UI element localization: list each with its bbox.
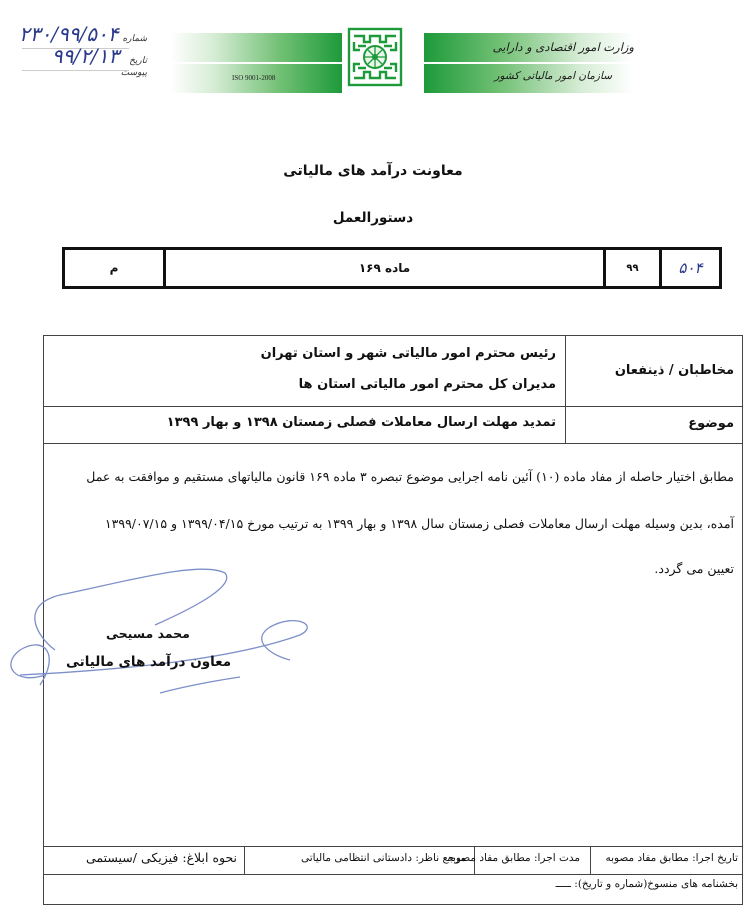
supervisory-authority: مرجع ناظر: دادستانی انتظامی مالیاتی bbox=[301, 852, 466, 864]
divider bbox=[565, 336, 566, 443]
header-band-left-top bbox=[170, 33, 342, 62]
attachment-row: پیوست bbox=[121, 68, 147, 78]
iso-certification: ISO 9001-2008 bbox=[232, 74, 275, 82]
header-band-left-bottom: ISO 9001-2008 bbox=[170, 64, 342, 93]
subject-label: موضوع bbox=[688, 416, 734, 431]
body-line-1: مطابق اختیار حاصله از مفاد ماده (۱۰) آئی… bbox=[86, 469, 734, 484]
repealed-circulars: بخشنامه های منسوخ(شماره و تاریخ): ـــــ bbox=[556, 878, 738, 890]
attachment-label: پیوست bbox=[121, 68, 147, 78]
divider bbox=[44, 406, 742, 407]
divider bbox=[590, 846, 591, 874]
reference-category: م bbox=[65, 250, 163, 286]
department-title: معاونت درآمد های مالیاتی bbox=[0, 163, 746, 179]
divider bbox=[22, 70, 129, 71]
letter-meta: شماره ۲۳۰/۹۹/۵۰۴ تاریخ ۹۹/۲/۱۳ پیوست bbox=[12, 22, 147, 92]
letter-number-label: شماره bbox=[122, 34, 147, 44]
tax-organization-logo-icon bbox=[346, 26, 404, 88]
ministry-name: وزارت امور اقتصادی و دارایی bbox=[493, 40, 634, 54]
signatory-name: محمد مسیحی bbox=[106, 626, 190, 641]
reference-number: ۵۰۴ bbox=[659, 250, 719, 286]
divider bbox=[44, 846, 742, 847]
letter-number-row: شماره ۲۳۰/۹۹/۵۰۴ bbox=[19, 22, 147, 46]
execution-period: مدت اجرا: مطابق مفاد مصوبه bbox=[447, 852, 580, 864]
divider bbox=[44, 874, 742, 875]
execution-date: تاریخ اجرا: مطابق مفاد مصوبه bbox=[605, 852, 738, 864]
recipient-1: رئیس محترم امور مالیاتی شهر و استان تهرا… bbox=[261, 346, 556, 361]
signatory-title: معاون درآمد های مالیاتی bbox=[66, 654, 231, 670]
letter-number-value: ۲۳۰/۹۹/۵۰۴ bbox=[19, 22, 118, 46]
body-line-3: تعیین می گردد. bbox=[654, 561, 734, 576]
letter-date-row: تاریخ ۹۹/۲/۱۳ bbox=[52, 44, 147, 68]
letter-date-label: تاریخ bbox=[129, 56, 147, 66]
reference-year: ۹۹ bbox=[603, 250, 659, 286]
divider bbox=[44, 443, 742, 444]
subject-text: تمدید مهلت ارسال معاملات فصلی زمستان ۱۳۹… bbox=[167, 415, 556, 430]
organization-name: سازمان امور مالیاتی کشور bbox=[494, 70, 612, 82]
reference-table: ۵۰۴ ۹۹ ماده ۱۶۹ م bbox=[62, 247, 722, 289]
body-line-2: آمده، بدین وسیله مهلت ارسال معاملات فصلی… bbox=[105, 516, 734, 531]
recipient-2: مدیران کل محترم امور مالیاتی استان ها bbox=[299, 377, 556, 392]
document-type: دستورالعمل bbox=[0, 210, 746, 226]
reference-article: ماده ۱۶۹ bbox=[163, 250, 603, 286]
recipients-label: مخاطبان / ذینفعان bbox=[615, 363, 734, 378]
divider bbox=[244, 846, 245, 874]
notification-method: نحوه ابلاغ: فیزیکی /سیستمی bbox=[86, 850, 237, 865]
letter-date-value: ۹۹/۲/۱۳ bbox=[52, 44, 119, 68]
